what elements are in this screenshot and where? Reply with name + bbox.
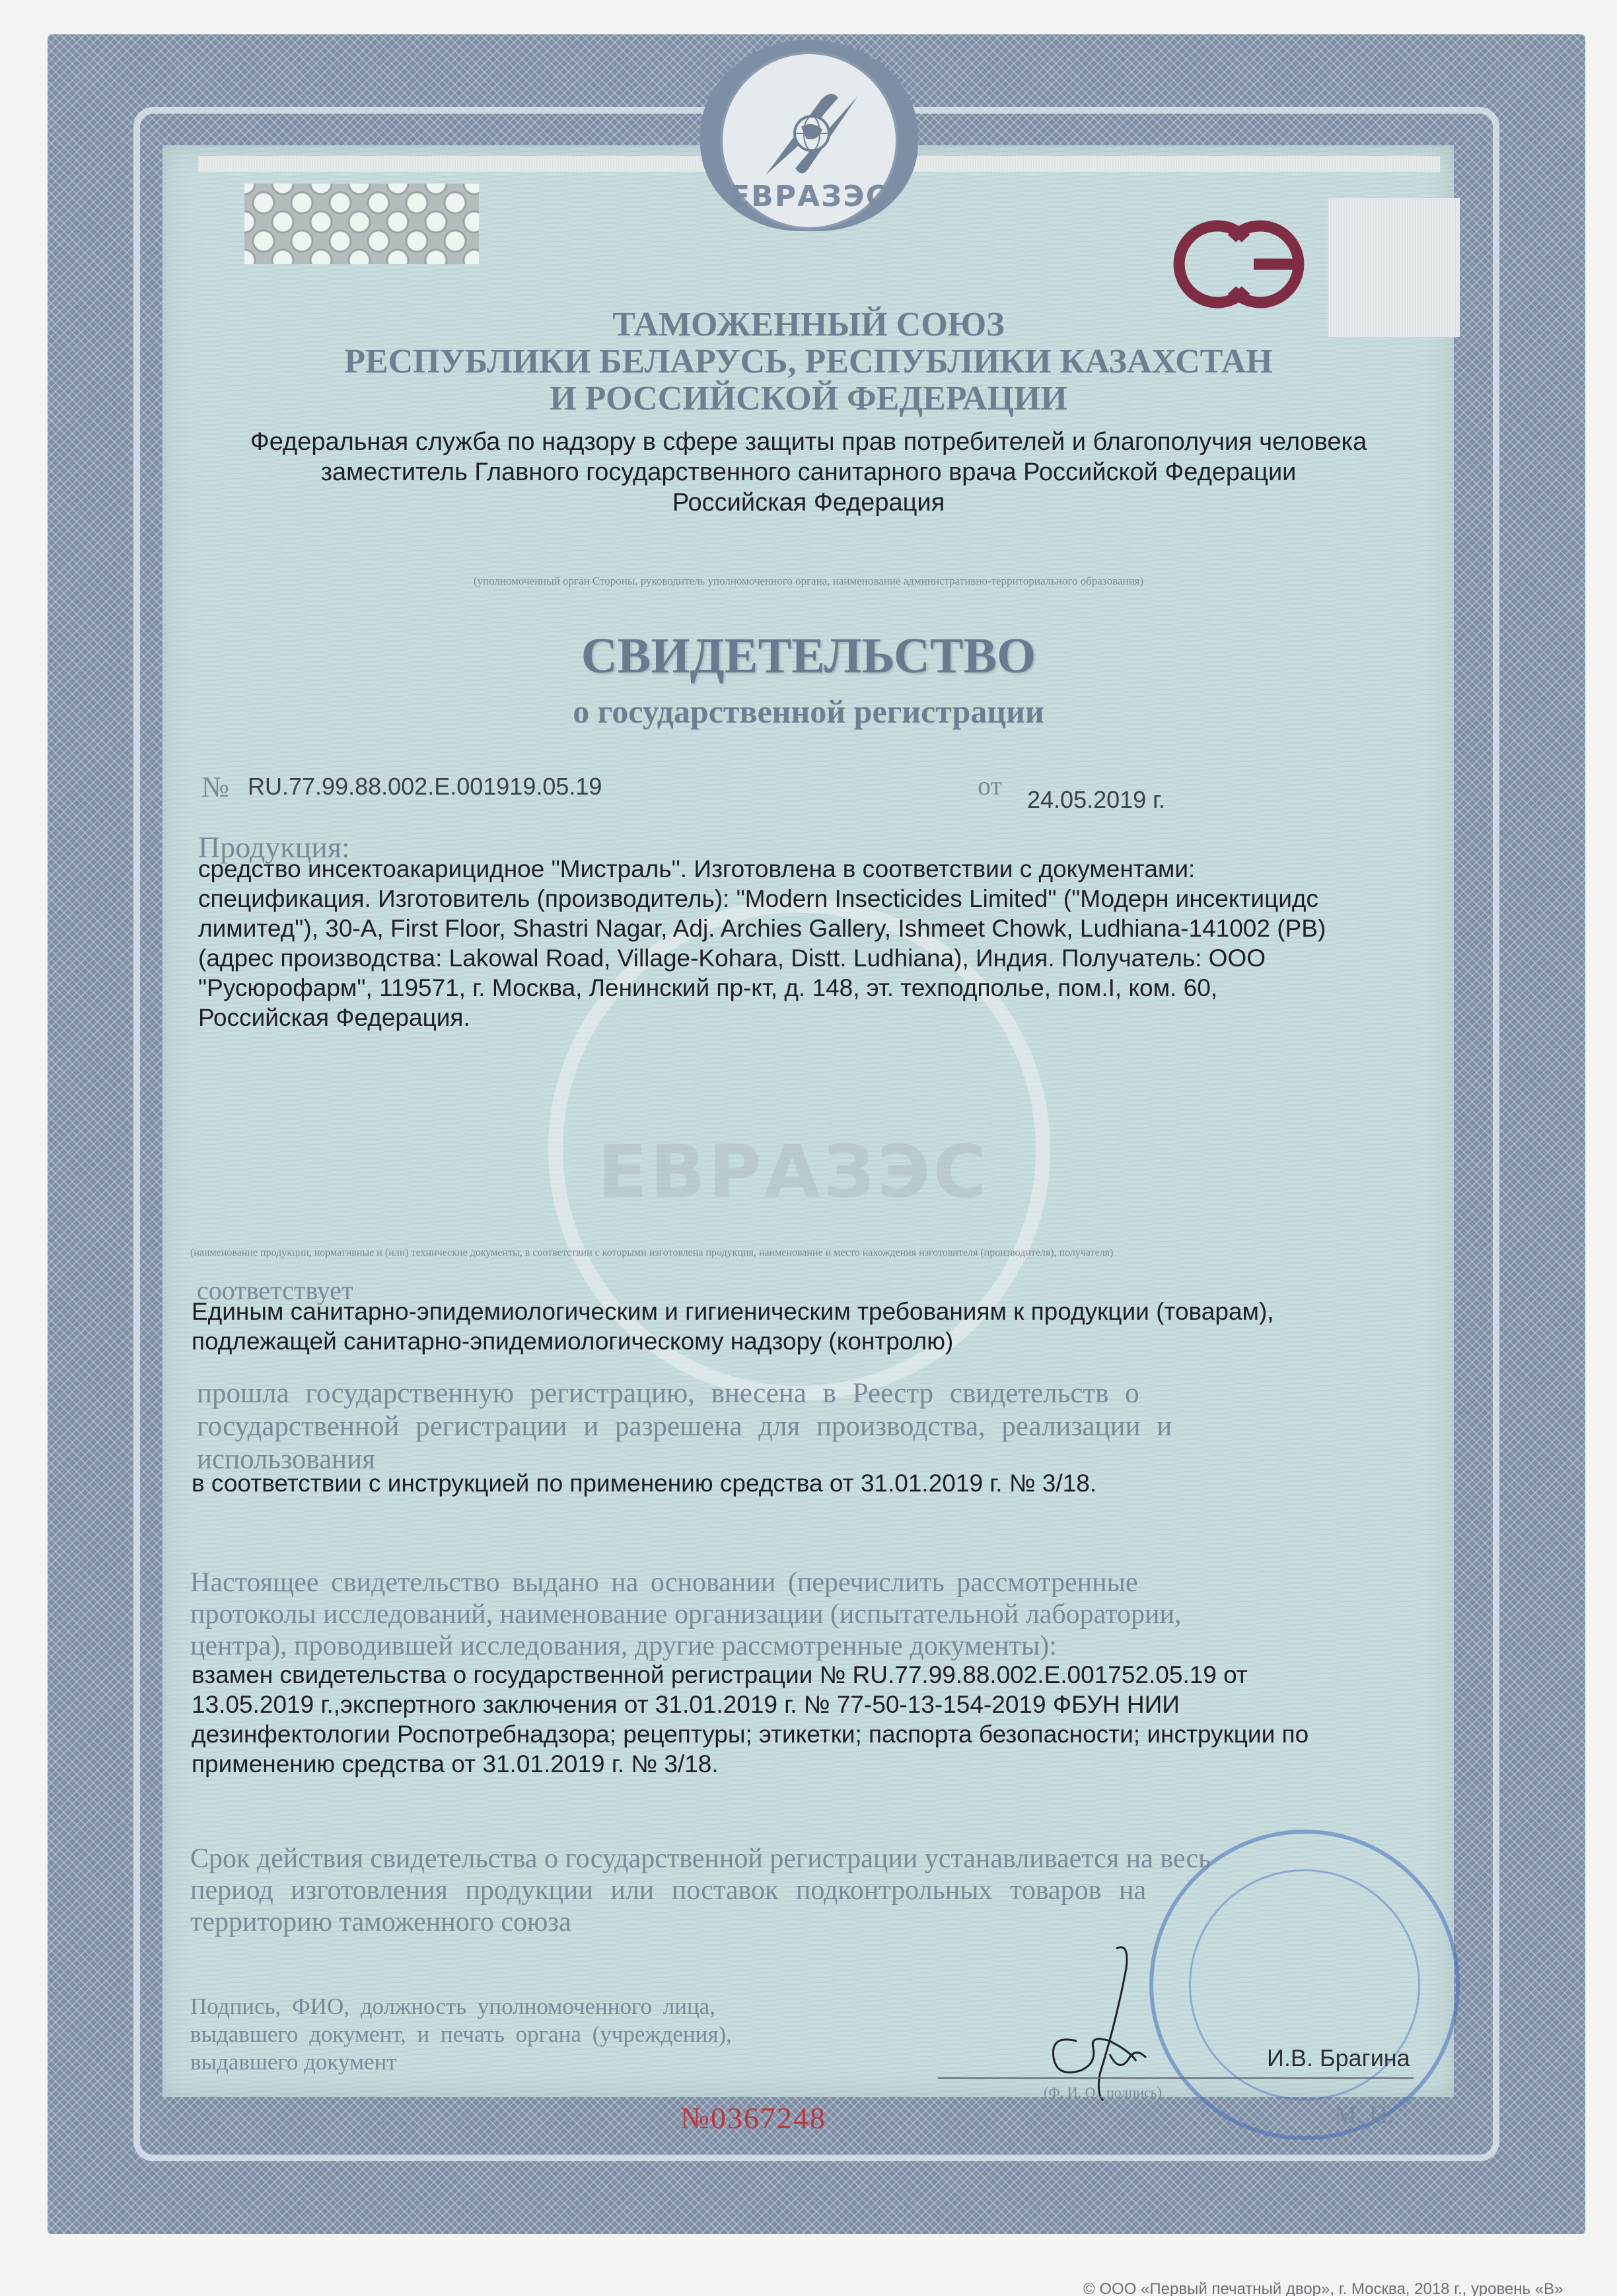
certificate-subtitle: о государственной регистрации	[0, 692, 1617, 731]
product-line-5: "Русюрофарм", 119571, г. Москва, Ленинск…	[198, 974, 1217, 1002]
printer-copyright: © ООО «Первый печатный двор», г. Москва,…	[1083, 2280, 1563, 2296]
basis-line-4: применению средства от 31.01.2019 г. № 3…	[192, 1750, 719, 1778]
basis-label-line-1: Настоящее свидетельство выдано на основа…	[190, 1567, 1138, 1598]
eurasec-logo-icon	[759, 86, 865, 178]
validity-line-1: Срок действия свидетельства о государств…	[190, 1843, 1211, 1875]
authority-line-1: Федеральная служба по надзору в сфере за…	[0, 428, 1617, 456]
product-line-2: спецификация. Изготовитель (производител…	[198, 885, 1318, 913]
product-caption: (наименование продукции, нормативные и (…	[190, 1247, 1113, 1259]
union-title-line-1: ТАМОЖЕННЫЙ СОЮЗ	[0, 305, 1617, 344]
product-line-1: средство инсектоакарицидное "Мистраль". …	[198, 855, 1195, 883]
form-serial-number: №0367248	[680, 2100, 826, 2135]
basis-label-line-3: центра), проводившей исследования, други…	[190, 1630, 1057, 1662]
product-line-3: лимитед"), 30-A, First Floor, Shastri Na…	[198, 915, 1326, 943]
signer-name: И.В. Брагина	[1267, 2044, 1410, 2072]
registration-usage: в соответствии с инструкцией по применен…	[192, 1470, 1096, 1497]
product-line-6: Российская Федерация.	[198, 1004, 470, 1032]
signature-line	[938, 2077, 1414, 2079]
signature-line-caption: (Ф. И. О., подпись)	[1044, 2084, 1162, 2101]
validity-line-3: территорию таможенного союза	[190, 1906, 571, 1938]
basis-line-2: 13.05.2019 г.,экспертного заключения от …	[192, 1691, 1180, 1719]
sanitary-mark-icon	[1168, 215, 1310, 314]
registration-line-2: государственной регистрации и разрешена …	[197, 1410, 1172, 1443]
validity-line-2: период изготовления продукции или постав…	[190, 1875, 1146, 1906]
emblem-label: ЕВРАЗЭС	[723, 180, 896, 213]
certificate-date: 24.05.2019 г.	[1027, 786, 1165, 814]
watermark-label: ЕВРАЗЭС	[598, 1130, 989, 1214]
date-label: от	[978, 770, 1002, 801]
basis-line-3: дезинфектологии Роспотребнадзора; рецепт…	[192, 1721, 1309, 1748]
basis-line-1: взамен свидетельства о государственной р…	[192, 1661, 1248, 1689]
number-label: №	[201, 770, 229, 804]
basis-label-line-2: протоколы исследований, наименование орг…	[190, 1598, 1182, 1630]
union-title-line-3: И РОССИЙСКОЙ ФЕДЕРАЦИИ	[0, 379, 1617, 418]
union-title-line-2: РЕСПУБЛИКИ БЕЛАРУСЬ, РЕСПУБЛИКИ КАЗАХСТА…	[0, 342, 1617, 381]
signature-label-line-1: Подпись, ФИО, должность уполномоченного …	[190, 1993, 715, 2020]
authority-line-3: Российская Федерация	[0, 489, 1617, 517]
seal-placement-label: М. П.	[1334, 2100, 1394, 2130]
eurasec-emblem: ЕВРАЗЭС	[720, 52, 898, 230]
conformity-line-2: подлежащей санитарно-эпидемиологическому…	[192, 1328, 953, 1355]
registration-line-1: прошла государственную регистрацию, внес…	[197, 1377, 1139, 1410]
signature-label-line-3: выдавшего документ	[190, 2049, 397, 2075]
conformity-line-1: Единым санитарно-эпидемиологическим и ги…	[192, 1298, 1274, 1326]
product-line-4: (адрес производства: Lakowal Road, Villa…	[198, 945, 1266, 972]
certificate-title: СВИДЕТЕЛЬСТВО	[0, 628, 1617, 685]
authority-line-2: заместитель Главного государственного са…	[0, 458, 1617, 487]
signature-label-line-2: выдавшего документ, и печать органа (учр…	[190, 2021, 732, 2048]
authority-caption: (уполномоченный орган Стороны, руководит…	[0, 575, 1617, 588]
handwritten-signature-icon	[1037, 1942, 1182, 2107]
certificate-number: RU.77.99.88.002.E.001919.05.19	[248, 773, 602, 801]
hologram-pattern	[244, 184, 479, 264]
